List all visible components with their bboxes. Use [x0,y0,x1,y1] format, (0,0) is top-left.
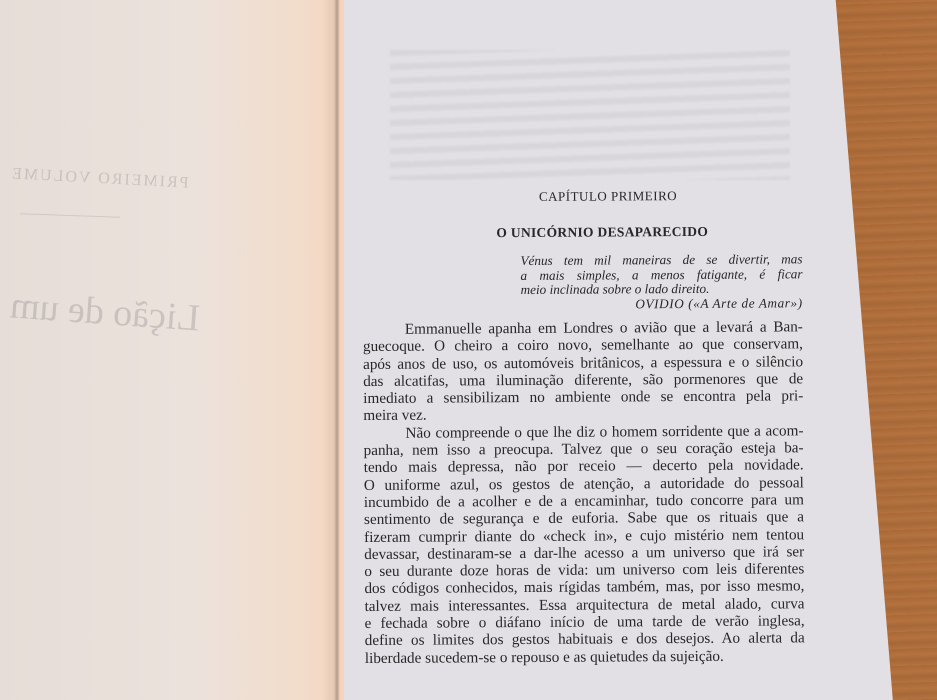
show-through-title-text: Lição de um [9,283,202,340]
paragraph-2: Não compreende o que lhe diz o homem sor… [363,422,804,667]
show-through-rule [20,213,120,217]
paragraph-1: Emmanuelle apanha em Londres o avião que… [363,318,804,424]
text-line: imediato a sensibilizam no ambiente onde… [363,387,803,407]
epigraph-attribution: OVIDIO («A Arte de Amar») [521,296,803,312]
chapter-heading: CAPÍTULO PRIMEIRO [414,187,802,205]
epigraph: Vénus tem mil maneiras de se divertir, m… [520,252,802,312]
show-through-volume-text: PRIMEIRO VOLUME [10,165,189,192]
text-line: define os limites dos gestos habituais e… [365,630,805,650]
text-line: guecoque. O cheiro a coiro novo, semelha… [363,336,803,356]
text-line: liberdade sucedem-se o repouso e as quie… [365,647,805,667]
show-through-text-block [390,50,790,180]
text-line: sentimento de segurança e de euforia. Sa… [364,509,804,529]
page-content: CAPÍTULO PRIMEIRO O UNICÓRNIO DESAPARECI… [362,187,805,667]
chapter-title: O UNICÓRNIO DESAPARECIDO [402,223,802,241]
text-line: tendo mais depressa, não por receio — de… [364,457,804,477]
left-page: PRIMEIRO VOLUME Lição de um [0,0,352,700]
